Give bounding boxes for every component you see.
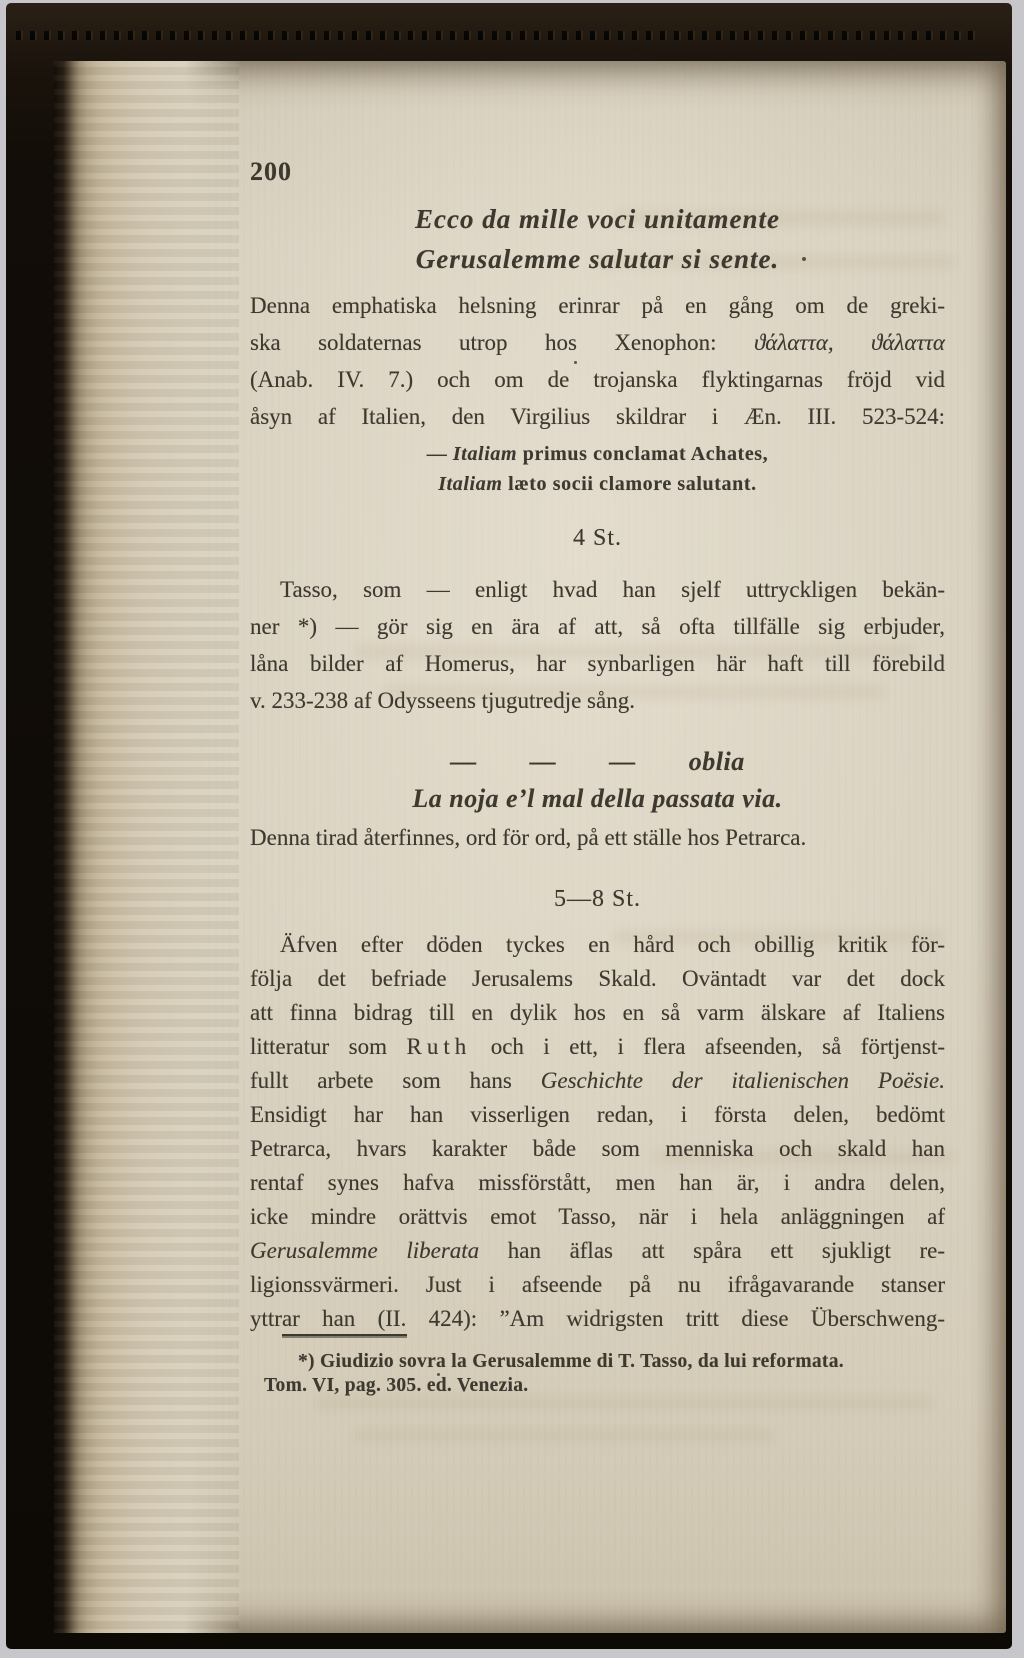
text-segment: yttrar han (II. 424): ”Am widrigsten tri… xyxy=(250,1306,945,1331)
oblia-verse: — — — oblia La noja e’l mal della passat… xyxy=(250,743,945,817)
text-segment: att finna bidrag till en dylik hos en så… xyxy=(250,1000,945,1025)
text-line: Petrarca, hvars karakter både som mennis… xyxy=(250,1132,945,1166)
paragraph-critique: Äfven efter döden tyckes en hård och obi… xyxy=(250,928,945,1336)
text-segment: — xyxy=(427,443,453,465)
text-line: icke mindre orättvis emot Tasso, när i h… xyxy=(250,1200,945,1234)
italic-text: Gerusalemme liberata xyxy=(250,1238,479,1263)
italic-text: Italiam xyxy=(438,473,502,495)
text-segment: læto socii clamore salutant. xyxy=(502,473,756,495)
letterspaced-text: Ruth xyxy=(406,1034,471,1059)
italic-text: ϑάλαττα, ϑάλαττα xyxy=(754,330,945,355)
text-segment: fullt arbete som hans xyxy=(250,1068,541,1093)
text-line: Tom. VI, pag. 305. ed. Venezia. xyxy=(264,1374,945,1398)
text-line: ligionssvärmeri. Just i afseende på nu i… xyxy=(250,1268,945,1302)
italic-text: Geschichte der italienischen Poësie. xyxy=(541,1068,945,1093)
text-line: yttrar han (II. 424): ”Am widrigsten tri… xyxy=(250,1302,945,1336)
paragraph-tirad: Denna tirad återfinnes, ord för ord, på … xyxy=(250,819,945,856)
text-line: Tasso, som — enligt hvad han sjelf uttry… xyxy=(250,571,945,608)
show-through-smudge xyxy=(354,1429,774,1441)
text-line: att finna bidrag till en dylik hos en så… xyxy=(250,996,945,1030)
italic-text: Italiam xyxy=(453,443,517,465)
text-segment: låna bilder af Homerus, har synbarligen … xyxy=(250,651,945,676)
footnote: *) Giudizio sovra la Gerusalemme di T. T… xyxy=(264,1350,945,1398)
binding-stitch-dots xyxy=(16,31,982,40)
text-line: Ensidigt har han visserligen redan, i fö… xyxy=(250,1098,945,1132)
text-line: Gerusalemme liberata han äflas att spåra… xyxy=(250,1234,945,1268)
text-line: Italiam læto socii clamore salutant. xyxy=(250,469,945,499)
text-line: *) Giudizio sovra la Gerusalemme di T. T… xyxy=(264,1350,945,1374)
text-segment: *) Giudizio sovra la Gerusalemme di T. T… xyxy=(298,1351,844,1372)
text-line: rentaf synes hafva missförstått, men han… xyxy=(250,1166,945,1200)
text-segment: litteratur som xyxy=(250,1034,406,1059)
epigraph-verse: Ecco da mille voci unitamente Gerusalemm… xyxy=(250,199,945,279)
text-segment: Äfven efter döden tyckes en hård och obi… xyxy=(280,932,945,957)
text-segment: han äflas att spåra ett sjukligt re- xyxy=(479,1238,945,1263)
text-line: åsyn af Italien, den Virgilius skildrar … xyxy=(250,398,945,435)
page-text-block: 200 Ecco da mille voci unitamente Gerusa… xyxy=(250,145,945,1398)
text-segment: Petrarca, hvars karakter både som mennis… xyxy=(250,1136,945,1161)
text-line: v. 233-238 af Odysseens tjugutredje sång… xyxy=(250,682,945,719)
text-segment: icke mindre orättvis emot Tasso, när i h… xyxy=(250,1204,945,1229)
text-segment: Tom. VI, pag. 305. ed. Venezia. xyxy=(264,1375,528,1396)
text-segment: följa det befriade Jerusalems Skald. Ovä… xyxy=(250,966,945,991)
text-segment: åsyn af Italien, den Virgilius skildrar … xyxy=(250,404,945,429)
text-segment: och i ett, i flera afseenden, så förtjen… xyxy=(471,1034,945,1059)
text-line: Denna tirad återfinnes, ord för ord, på … xyxy=(250,819,945,856)
section-heading-4st: 4 St. xyxy=(250,523,945,553)
text-line: fullt arbete som hans Geschichte der ita… xyxy=(250,1064,945,1098)
verse-line: Ecco da mille voci unitamente xyxy=(250,199,945,239)
paragraph-intro: Denna emphatiska helsning erinrar på en … xyxy=(250,287,945,435)
book-cover: 200 Ecco da mille voci unitamente Gerusa… xyxy=(6,3,1012,1649)
text-segment: v. 233-238 af Odysseens tjugutredje sång… xyxy=(250,688,635,713)
text-segment: ligionssvärmeri. Just i afseende på nu i… xyxy=(250,1272,945,1297)
verse-line: — — — oblia xyxy=(250,743,945,780)
section-heading-5-8st: 5—8 St. xyxy=(250,884,945,914)
text-segment: rentaf synes hafva missförstått, men han… xyxy=(250,1170,945,1195)
latin-quote: — Italiam primus conclamat Achates,Itali… xyxy=(250,439,945,499)
text-segment: ner *) — gör sig en ära af att, så ofta … xyxy=(250,614,945,639)
text-segment: Denna emphatiska helsning erinrar på en … xyxy=(250,293,945,318)
text-line: Denna emphatiska helsning erinrar på en … xyxy=(250,287,945,324)
text-line: låna bilder af Homerus, har synbarligen … xyxy=(250,645,945,682)
text-line: ner *) — gör sig en ära af att, så ofta … xyxy=(250,608,945,645)
verse-line: Gerusalemme salutar si sente. xyxy=(250,239,945,279)
text-line: (Anab. IV. 7.) och om de trojanska flykt… xyxy=(250,361,945,398)
text-line: — Italiam primus conclamat Achates, xyxy=(250,439,945,469)
text-segment: Tasso, som — enligt hvad han sjelf uttry… xyxy=(280,577,945,602)
show-through-smudge xyxy=(314,1396,934,1410)
text-segment: ska soldaternas utrop hos Xenophon: xyxy=(250,330,754,355)
text-segment: primus conclamat Achates, xyxy=(517,443,768,465)
text-segment: (Anab. IV. 7.) och om de trojanska flykt… xyxy=(250,367,945,392)
verse-line: La noja e’l mal della passata via. xyxy=(250,780,945,817)
paragraph-tasso: Tasso, som — enligt hvad han sjelf uttry… xyxy=(250,571,945,719)
book-page-paper: 200 Ecco da mille voci unitamente Gerusa… xyxy=(54,61,1006,1633)
page-number: 200 xyxy=(250,157,945,187)
text-line: följa det befriade Jerusalems Skald. Ovä… xyxy=(250,962,945,996)
text-line: litteratur som Ruth och i ett, i flera a… xyxy=(250,1030,945,1064)
text-line: Äfven efter döden tyckes en hård och obi… xyxy=(250,928,945,962)
text-segment: Denna tirad återfinnes, ord för ord, på … xyxy=(250,825,806,850)
text-line: ska soldaternas utrop hos Xenophon: ϑάλα… xyxy=(250,324,945,361)
text-segment: Ensidigt har han visserligen redan, i fö… xyxy=(250,1102,945,1127)
page-edge-stack xyxy=(54,61,239,1633)
